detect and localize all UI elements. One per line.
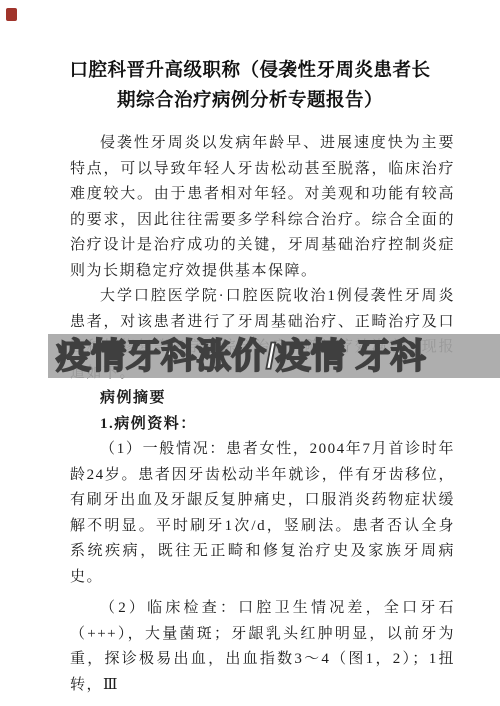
paragraph-general-info: （1）一般情况：患者女性，2004年7月首诊时年龄24岁。患者因牙齿松动半年就诊…: [70, 437, 455, 590]
red-corner-mark: [6, 8, 17, 21]
paragraph-intro: 侵袭性牙周炎以发病年龄早、进展速度快为主要特点，可以导致年轻人牙齿松动甚至脱落，…: [70, 131, 455, 284]
title-line-2: 期综合治疗病例分析专题报告）: [0, 86, 500, 116]
title-line-1: 口腔科晋升高级职称（侵袭性牙周炎患者长: [0, 56, 500, 86]
document-body: 侵袭性牙周炎以发病年龄早、进展速度快为主要特点，可以导致年轻人牙齿松动甚至脱落，…: [70, 117, 455, 698]
document-page: 口腔科晋升高级职称（侵袭性牙周炎患者长 期综合治疗病例分析专题报告） 侵袭性牙周…: [0, 0, 500, 706]
paragraph-clinical-exam: （2）临床检查：口腔卫生情况差，全口牙石（+++），大量菌斑；牙龈乳头红肿明显，…: [70, 596, 455, 698]
document-title: 口腔科晋升高级职称（侵袭性牙周炎患者长 期综合治疗病例分析专题报告）: [0, 56, 500, 116]
heading-case-abstract: 病例摘要: [70, 386, 455, 412]
watermark-text: 疫情牙科涨价/疫情 牙科: [56, 337, 425, 377]
heading-case-data: 1.病例资料：: [70, 412, 455, 438]
